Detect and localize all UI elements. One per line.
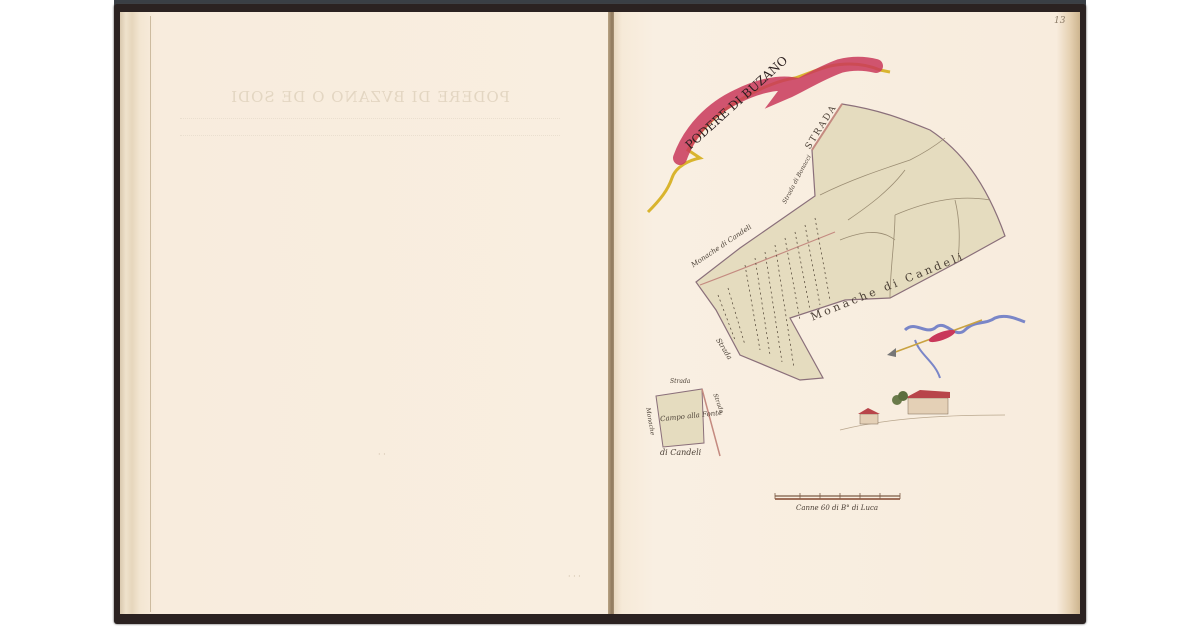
scale-bar-caption: Canne 60 di B° di Luca xyxy=(796,504,878,512)
compass-arrow-icon xyxy=(887,316,1025,378)
page-mark: · · · xyxy=(568,572,581,581)
main-estate-parcel xyxy=(696,104,1005,380)
page-edges xyxy=(120,16,151,612)
farmhouse-icon xyxy=(840,390,1005,430)
bleed-through-text-lines xyxy=(180,118,560,136)
bleed-through-title: PODERE DI BVZANO O DE SODI xyxy=(220,88,520,106)
estate-map: PODERE DI BUZANO xyxy=(614,12,1080,614)
page-mark: · · xyxy=(378,450,386,459)
inset-bottom-label: di Candeli xyxy=(660,448,701,457)
scale-bar xyxy=(775,493,900,499)
inset-top-label: Strada xyxy=(670,378,690,385)
